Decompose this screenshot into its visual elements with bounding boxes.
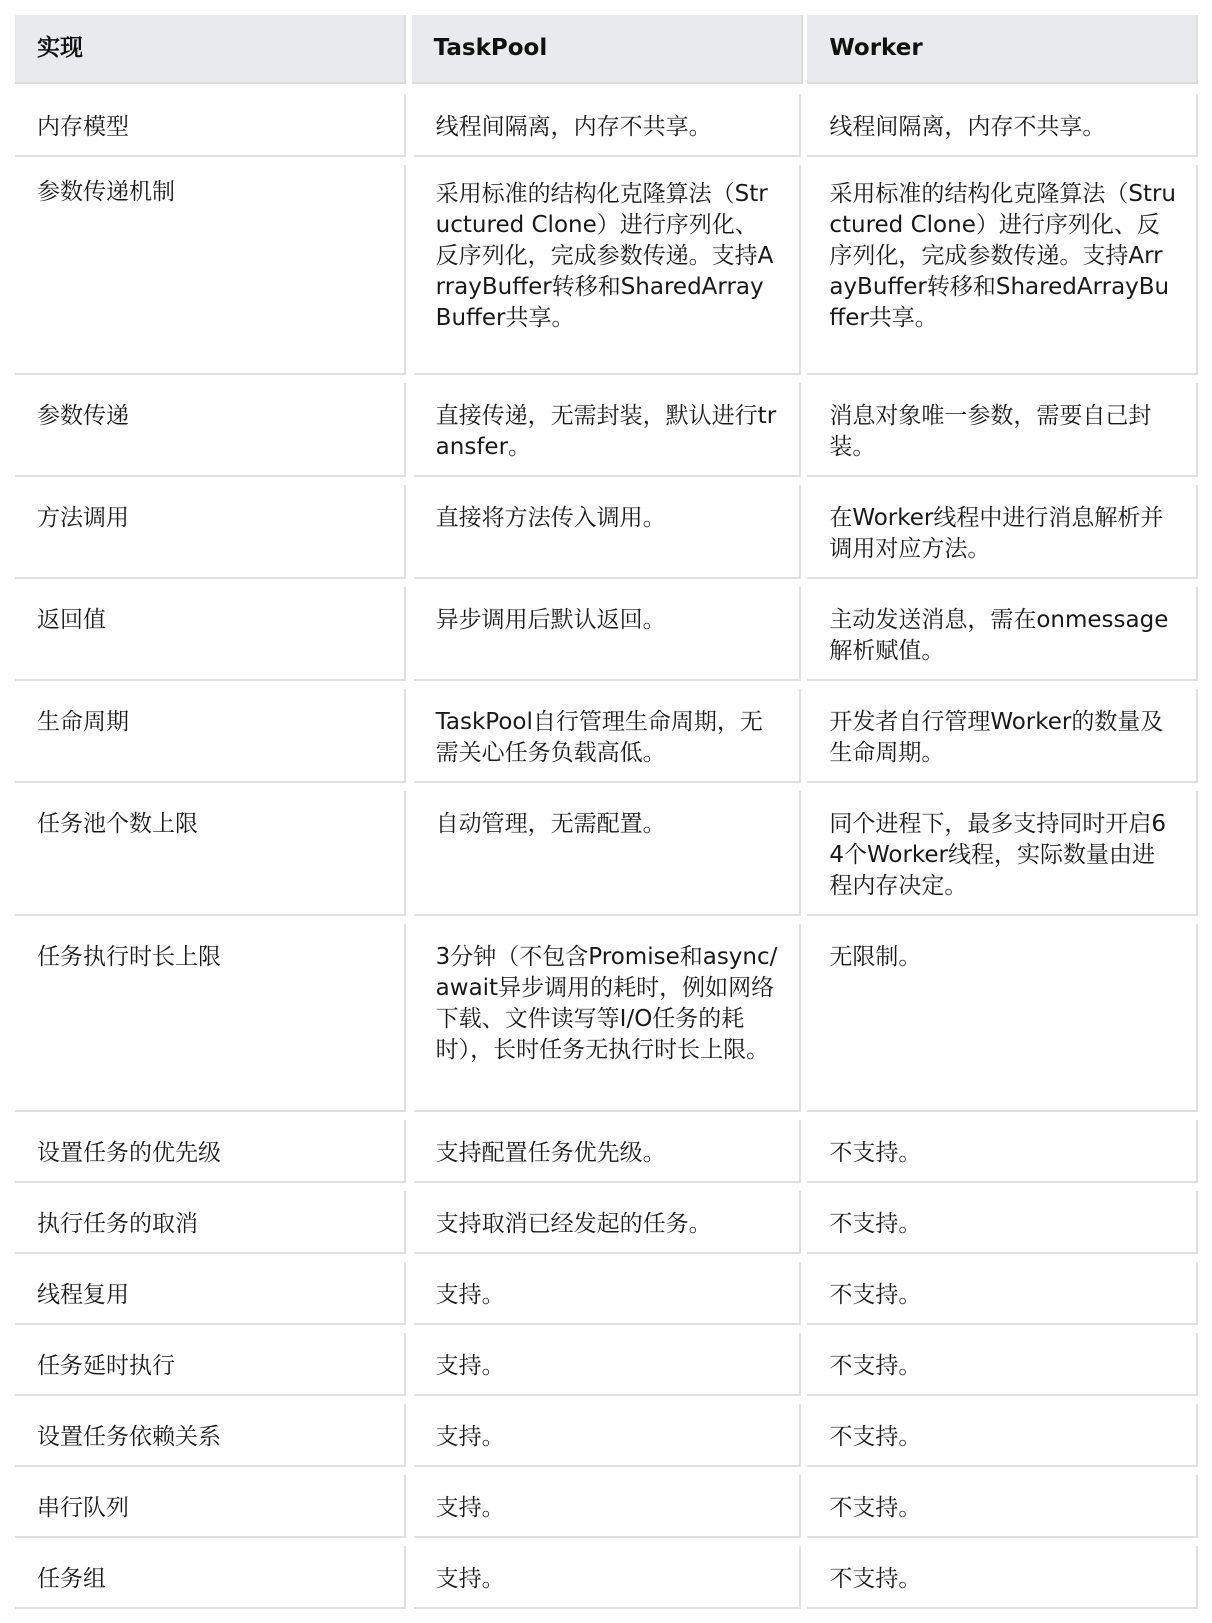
worker-cell: 不支持。 — [807, 1191, 1198, 1254]
table-row: 任务延时执行 支持。 不支持。 — [15, 1333, 1198, 1396]
feature-cell: 执行任务的取消 — [15, 1191, 406, 1254]
taskpool-cell: 自动管理，无需配置。 — [414, 791, 802, 916]
worker-cell: 不支持。 — [807, 1262, 1198, 1325]
taskpool-cell: TaskPool自行管理生命周期，无需关心任务负载高低。 — [414, 689, 802, 783]
taskpool-cell: 支持。 — [414, 1546, 802, 1609]
table-row: 设置任务依赖关系 支持。 不支持。 — [15, 1404, 1198, 1467]
feature-cell: 任务执行时长上限 — [15, 924, 406, 1112]
taskpool-cell: 支持取消已经发起的任务。 — [414, 1191, 802, 1254]
table-row: 执行任务的取消 支持取消已经发起的任务。 不支持。 — [15, 1191, 1198, 1254]
worker-cell: 采用标准的结构化克隆算法（Structured Clone）进行序列化、反序列化… — [807, 165, 1198, 375]
feature-cell: 参数传递 — [15, 383, 406, 477]
header-feature: 实现 — [15, 15, 406, 84]
feature-cell: 返回值 — [15, 587, 406, 681]
taskpool-cell: 直接传递，无需封装，默认进行transfer。 — [414, 383, 802, 477]
feature-cell: 线程复用 — [15, 1262, 406, 1325]
taskpool-cell: 线程间隔离，内存不共享。 — [414, 94, 802, 157]
worker-cell: 无限制。 — [807, 924, 1198, 1112]
table-header-row: 实现 TaskPool Worker — [15, 15, 1198, 84]
feature-cell: 生命周期 — [15, 689, 406, 783]
taskpool-cell: 支持。 — [414, 1262, 802, 1325]
worker-cell: 不支持。 — [807, 1333, 1198, 1396]
table-row: 串行队列 支持。 不支持。 — [15, 1475, 1198, 1538]
taskpool-cell: 直接将方法传入调用。 — [414, 485, 802, 579]
worker-cell: 不支持。 — [807, 1404, 1198, 1467]
taskpool-cell: 支持。 — [414, 1333, 802, 1396]
table-row: 返回值 异步调用后默认返回。 主动发送消息，需在onmessage解析赋值。 — [15, 587, 1198, 681]
worker-cell: 主动发送消息，需在onmessage解析赋值。 — [807, 587, 1198, 681]
table-row: 生命周期 TaskPool自行管理生命周期，无需关心任务负载高低。 开发者自行管… — [15, 689, 1198, 783]
table-row: 参数传递 直接传递，无需封装，默认进行transfer。 消息对象唯一参数，需要… — [15, 383, 1198, 477]
taskpool-cell: 3分钟（不包含Promise和async/await异步调用的耗时，例如网络下载… — [414, 924, 802, 1112]
table-row: 线程复用 支持。 不支持。 — [15, 1262, 1198, 1325]
feature-cell: 方法调用 — [15, 485, 406, 579]
table-row: 内存模型 线程间隔离，内存不共享。 线程间隔离，内存不共享。 — [15, 94, 1198, 157]
table-row: 设置任务的优先级 支持配置任务优先级。 不支持。 — [15, 1120, 1198, 1183]
taskpool-cell: 采用标准的结构化克隆算法（Structured Clone）进行序列化、反序列化… — [414, 165, 802, 375]
feature-cell: 任务组 — [15, 1546, 406, 1609]
feature-cell: 设置任务的优先级 — [15, 1120, 406, 1183]
taskpool-cell: 支持配置任务优先级。 — [414, 1120, 802, 1183]
worker-cell: 不支持。 — [807, 1475, 1198, 1538]
table-row: 任务池个数上限 自动管理，无需配置。 同个进程下，最多支持同时开启64个Work… — [15, 791, 1198, 916]
feature-cell: 内存模型 — [15, 94, 406, 157]
header-taskpool: TaskPool — [412, 15, 804, 84]
worker-cell: 开发者自行管理Worker的数量及生命周期。 — [807, 689, 1198, 783]
header-worker: Worker — [807, 15, 1198, 84]
table-row: 参数传递机制 采用标准的结构化克隆算法（Structured Clone）进行序… — [15, 165, 1198, 375]
worker-cell: 消息对象唯一参数，需要自己封装。 — [807, 383, 1198, 477]
taskpool-cell: 支持。 — [414, 1404, 802, 1467]
worker-cell: 在Worker线程中进行消息解析并调用对应方法。 — [807, 485, 1198, 579]
taskpool-cell: 支持。 — [414, 1475, 802, 1538]
table-row: 任务组 支持。 不支持。 — [15, 1546, 1198, 1609]
worker-cell: 不支持。 — [807, 1546, 1198, 1609]
table-row: 任务执行时长上限 3分钟（不包含Promise和async/await异步调用的… — [15, 924, 1198, 1112]
taskpool-cell: 异步调用后默认返回。 — [414, 587, 802, 681]
feature-cell: 任务延时执行 — [15, 1333, 406, 1396]
feature-cell: 参数传递机制 — [15, 165, 406, 375]
feature-cell: 任务池个数上限 — [15, 791, 406, 916]
comparison-table: 实现 TaskPool Worker 内存模型 线程间隔离，内存不共享。 线程间… — [15, 15, 1198, 1617]
feature-cell: 串行队列 — [15, 1475, 406, 1538]
worker-cell: 线程间隔离，内存不共享。 — [807, 94, 1198, 157]
worker-cell: 不支持。 — [807, 1120, 1198, 1183]
table-row: 方法调用 直接将方法传入调用。 在Worker线程中进行消息解析并调用对应方法。 — [15, 485, 1198, 579]
feature-cell: 设置任务依赖关系 — [15, 1404, 406, 1467]
worker-cell: 同个进程下，最多支持同时开启64个Worker线程，实际数量由进程内存决定。 — [807, 791, 1198, 916]
